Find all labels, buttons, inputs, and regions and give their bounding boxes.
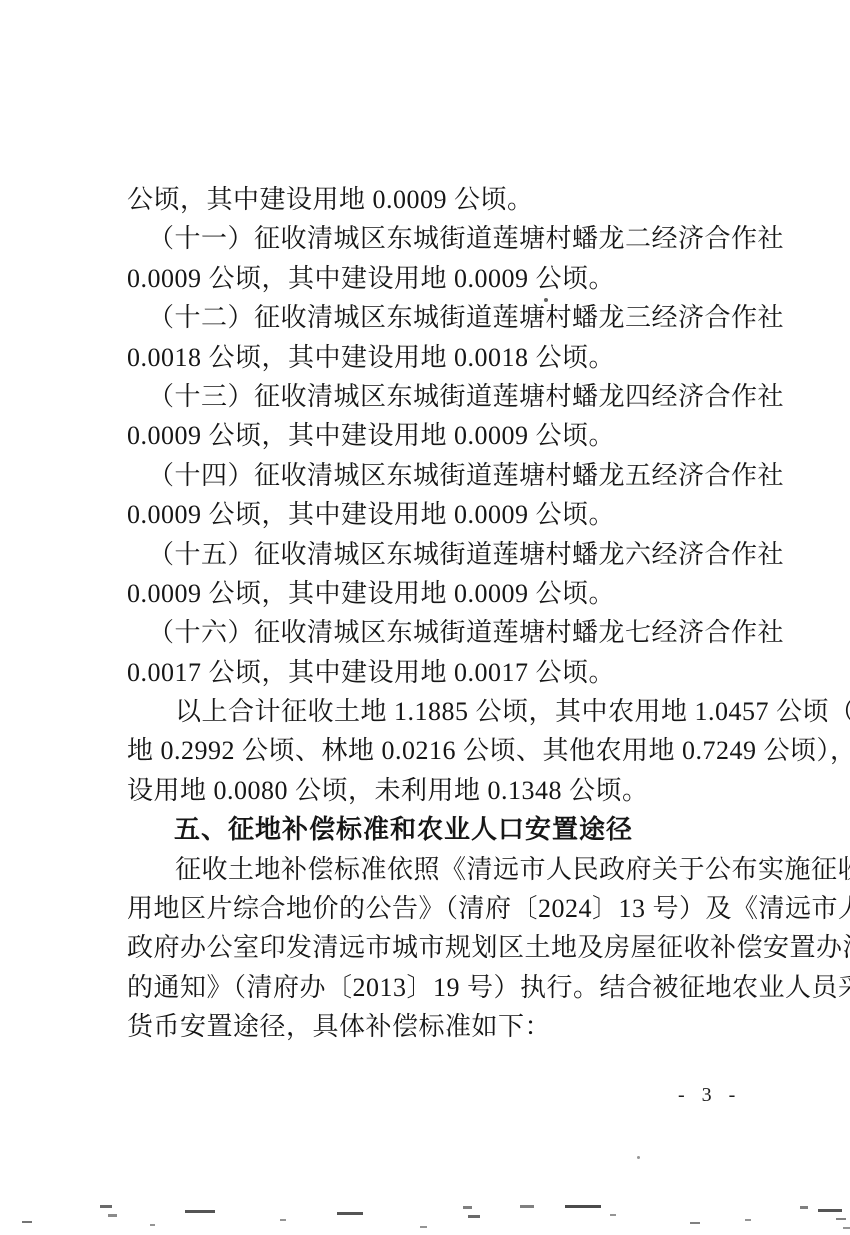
scan-noise	[745, 1219, 751, 1221]
scan-noise	[468, 1215, 480, 1218]
scan-noise	[108, 1214, 117, 1217]
scan-noise	[800, 1206, 808, 1209]
doc-line: 地 0.2992 公顷、林地 0.0216 公顷、其他农用地 0.7249 公顷…	[127, 731, 741, 770]
scan-noise	[185, 1210, 215, 1213]
scan-noise	[420, 1226, 427, 1228]
scan-noise	[637, 1156, 640, 1159]
scan-noise	[280, 1219, 286, 1221]
scanned-document-page: 公顷，其中建设用地 0.0009 公顷。 （十一）征收清城区东城街道莲塘村蟠龙二…	[0, 0, 850, 1235]
doc-line: 0.0017 公顷，其中建设用地 0.0017 公顷。	[127, 653, 741, 692]
scan-noise	[818, 1209, 842, 1212]
doc-line: 货币安置途径，具体补偿标准如下：	[127, 1007, 741, 1046]
document-text-block: 公顷，其中建设用地 0.0009 公顷。 （十一）征收清城区东城街道莲塘村蟠龙二…	[127, 180, 741, 1047]
scan-noise	[565, 1205, 601, 1208]
scan-noise-dot	[544, 298, 548, 302]
doc-line: （十六）征收清城区东城街道莲塘村蟠龙七经济合作社	[127, 613, 741, 652]
scan-noise	[843, 1227, 850, 1229]
scan-noise	[150, 1224, 155, 1226]
doc-line: （十五）征收清城区东城街道莲塘村蟠龙六经济合作社	[127, 535, 741, 574]
doc-line: （十一）征收清城区东城街道莲塘村蟠龙二经济合作社	[127, 219, 741, 258]
scan-noise	[463, 1206, 472, 1209]
doc-line: （十三）征收清城区东城街道莲塘村蟠龙四经济合作社	[127, 377, 741, 416]
doc-line: 0.0009 公顷，其中建设用地 0.0009 公顷。	[127, 416, 741, 455]
section-heading: 五、征地补偿标准和农业人口安置途径	[127, 810, 741, 849]
doc-line: 0.0009 公顷，其中建设用地 0.0009 公顷。	[127, 495, 741, 534]
scan-noise	[610, 1214, 616, 1216]
page-number: - 3 -	[678, 1084, 741, 1107]
doc-line: 0.0009 公顷，其中建设用地 0.0009 公顷。	[127, 259, 741, 298]
scan-noise	[520, 1205, 534, 1208]
scan-noise	[836, 1218, 846, 1220]
doc-line: 以上合计征收土地 1.1885 公顷，其中农用地 1.0457 公顷（耕	[127, 692, 741, 731]
scan-noise	[337, 1212, 363, 1215]
doc-line: 设用地 0.0080 公顷，未利用地 0.1348 公顷。	[127, 771, 741, 810]
scan-noise	[100, 1205, 112, 1208]
doc-line: 征收土地补偿标准依照《清远市人民政府关于公布实施征收农	[127, 850, 741, 889]
doc-line: （十二）征收清城区东城街道莲塘村蟠龙三经济合作社	[127, 298, 741, 337]
doc-line: 0.0009 公顷，其中建设用地 0.0009 公顷。	[127, 574, 741, 613]
doc-line: （十四）征收清城区东城街道莲塘村蟠龙五经济合作社	[127, 456, 741, 495]
doc-line: 政府办公室印发清远市城市规划区土地及房屋征收补偿安置办法	[127, 928, 741, 967]
scan-noise	[22, 1221, 32, 1223]
scan-noise	[690, 1222, 700, 1224]
doc-line: 0.0018 公顷，其中建设用地 0.0018 公顷。	[127, 338, 741, 377]
doc-line: 的通知》（清府办〔2013〕19 号）执行。结合被征地农业人员采取	[127, 968, 741, 1007]
doc-line: 用地区片综合地价的公告》（清府〔2024〕13 号）及《清远市人民	[127, 889, 741, 928]
doc-line: 公顷，其中建设用地 0.0009 公顷。	[127, 180, 741, 219]
